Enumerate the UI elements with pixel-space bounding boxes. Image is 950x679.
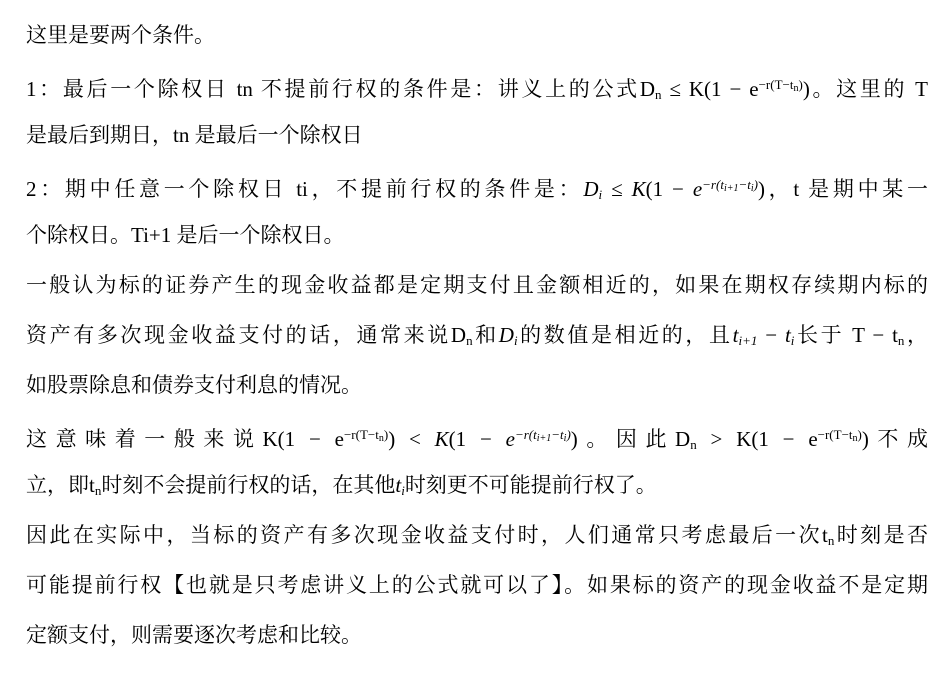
formula-run: i+1: [537, 433, 552, 444]
text-line: 2：期中任意一个除权日 ti，不提前行权的条件是：Di ≤ K(1 − e−r(…: [26, 160, 928, 210]
text-run: 1：最后一个除权日 tn 不提前行权的条件是：讲义上的公式D: [26, 77, 655, 101]
text-run: 是最后到期日，tn 是最后一个除权日: [26, 123, 363, 147]
text-run: 立，即t: [26, 473, 95, 497]
formula-run: −r(T−t: [759, 77, 794, 92]
document-text: 这里是要两个条件。1：最后一个除权日 tn 不提前行权的条件是：讲义上的公式Dn…: [26, 10, 928, 660]
text-run: 这意味着一般来说K(1 − e: [26, 427, 344, 451]
text-run: 2：期中任意一个除权日 ti，不提前行权的条件是：: [26, 177, 583, 201]
text-run: 资产有多次现金收益支付的话，通常来说D: [26, 323, 466, 347]
document-page: 这里是要两个条件。1：最后一个除权日 tn 不提前行权的条件是：讲义上的公式Dn…: [0, 0, 950, 679]
text-line: 定额支付，则需要逐次考虑和比较。: [26, 610, 928, 660]
text-run: ，: [904, 323, 928, 347]
text-run: 一般认为标的证券产生的现金收益都是定期支付且金额相近的，如果在期权存续期内标的: [26, 273, 928, 297]
text-run: 可能提前行权【也就是只考虑讲义上的公式就可以了】。如果标的资产的现金收益不是定期: [26, 573, 928, 597]
text-run: (1 −: [646, 177, 693, 201]
text-line: 可能提前行权【也就是只考虑讲义上的公式就可以了】。如果标的资产的现金收益不是定期: [26, 560, 928, 610]
formula-run: e: [693, 177, 702, 201]
formula-run: K: [632, 177, 646, 201]
formula-run: −r(T−t: [818, 427, 853, 442]
formula-run: −t: [738, 177, 750, 192]
text-run: 这里是要两个条件。: [26, 23, 215, 47]
text-line: 是最后到期日，tn 是最后一个除权日: [26, 110, 928, 160]
formula-run: D: [499, 323, 514, 347]
text-run: )，t 是期中某一: [758, 177, 928, 201]
text-run: (1 −: [449, 427, 506, 451]
text-run: ≤: [602, 177, 631, 201]
text-line: 这里是要两个条件。: [26, 10, 928, 60]
text-run: 的数值是相近的，且: [518, 323, 733, 347]
text-run: > K(1 − e: [697, 427, 818, 451]
text-line: 个除权日。Ti+1 是后一个除权日。: [26, 210, 928, 260]
text-line: 1：最后一个除权日 tn 不提前行权的条件是：讲义上的公式Dn ≤ K(1 − …: [26, 60, 928, 110]
formula-run: i+1: [724, 183, 739, 194]
text-run: ≤ K(1 − e: [662, 77, 759, 101]
formula-run: −r(t: [515, 427, 537, 442]
text-line: 立，即tn时刻不会提前行权的话，在其他ti时刻更不可能提前行权了。: [26, 460, 928, 510]
text-run: −: [757, 323, 785, 347]
text-line: 如股票除息和债券支付利息的情况。: [26, 360, 928, 410]
text-run: ) <: [388, 427, 434, 451]
text-run: 时刻更不可能提前行权了。: [405, 473, 657, 497]
text-line: 一般认为标的证券产生的现金收益都是定期支付且金额相近的，如果在期权存续期内标的: [26, 260, 928, 310]
text-run: 时刻是否: [834, 523, 928, 547]
formula-run: −t: [551, 427, 563, 442]
formula-run: i+1: [738, 333, 757, 348]
formula-run: −r(t: [702, 177, 724, 192]
formula-run: D: [583, 177, 598, 201]
text-run: 长于 T − t: [794, 323, 898, 347]
text-run: 时刻不会提前行权的话，在其他: [101, 473, 395, 497]
formula-run: −r(T−t: [344, 427, 379, 442]
text-line: 这意味着一般来说K(1 − e−r(T−tn)) < K(1 − e−r(ti+…: [26, 410, 928, 460]
text-run: 因此在实际中，当标的资产有多次现金收益支付时，人们通常只考虑最后一次t: [26, 523, 828, 547]
text-line: 因此在实际中，当标的资产有多次现金收益支付时，人们通常只考虑最后一次tn时刻是否: [26, 510, 928, 560]
text-run: 和: [473, 323, 499, 347]
text-run: )。因此D: [571, 427, 690, 451]
text-run: )。这里的 T: [803, 77, 928, 101]
formula-run: e: [506, 427, 515, 451]
text-run: 定额支付，则需要逐次考虑和比较。: [26, 623, 362, 647]
text-run: 如股票除息和债券支付利息的情况。: [26, 373, 362, 397]
formula-run: K: [435, 427, 449, 451]
text-line: 资产有多次现金收益支付的话，通常来说Dn和Di的数值是相近的，且ti+1 − t…: [26, 310, 928, 360]
text-run: )不成: [862, 427, 928, 451]
text-run: 个除权日。Ti+1 是后一个除权日。: [26, 223, 345, 247]
